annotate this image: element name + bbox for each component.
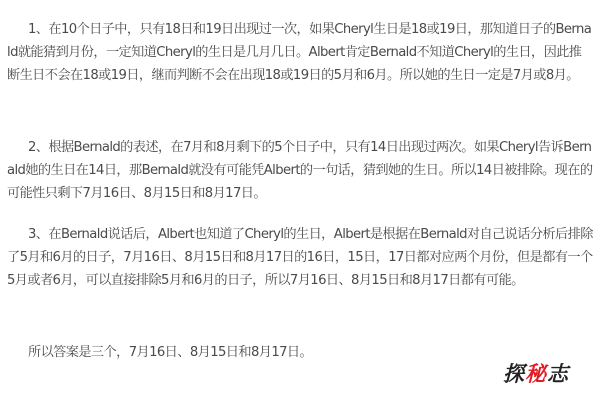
watermark-char-1: 探 — [503, 358, 525, 388]
watermark-logo: 探 秘 志 — [503, 360, 569, 386]
watermark-char-3: 志 — [547, 358, 569, 388]
paragraph-step-2: 2、根据Bernald的表述，在7月和8月剩下的5个日子中，只有14日出现过两次… — [7, 136, 593, 205]
paragraph-step-3: 3、在Bernald说话后，Albert也知道了Cheryl的生日，Albert… — [7, 223, 593, 292]
watermark-char-2: 秘 — [525, 358, 547, 388]
paragraph-step-1: 1、在10个日子中，只有18日和19日出现过一次，如果Cheryl生日是18或1… — [7, 18, 593, 87]
